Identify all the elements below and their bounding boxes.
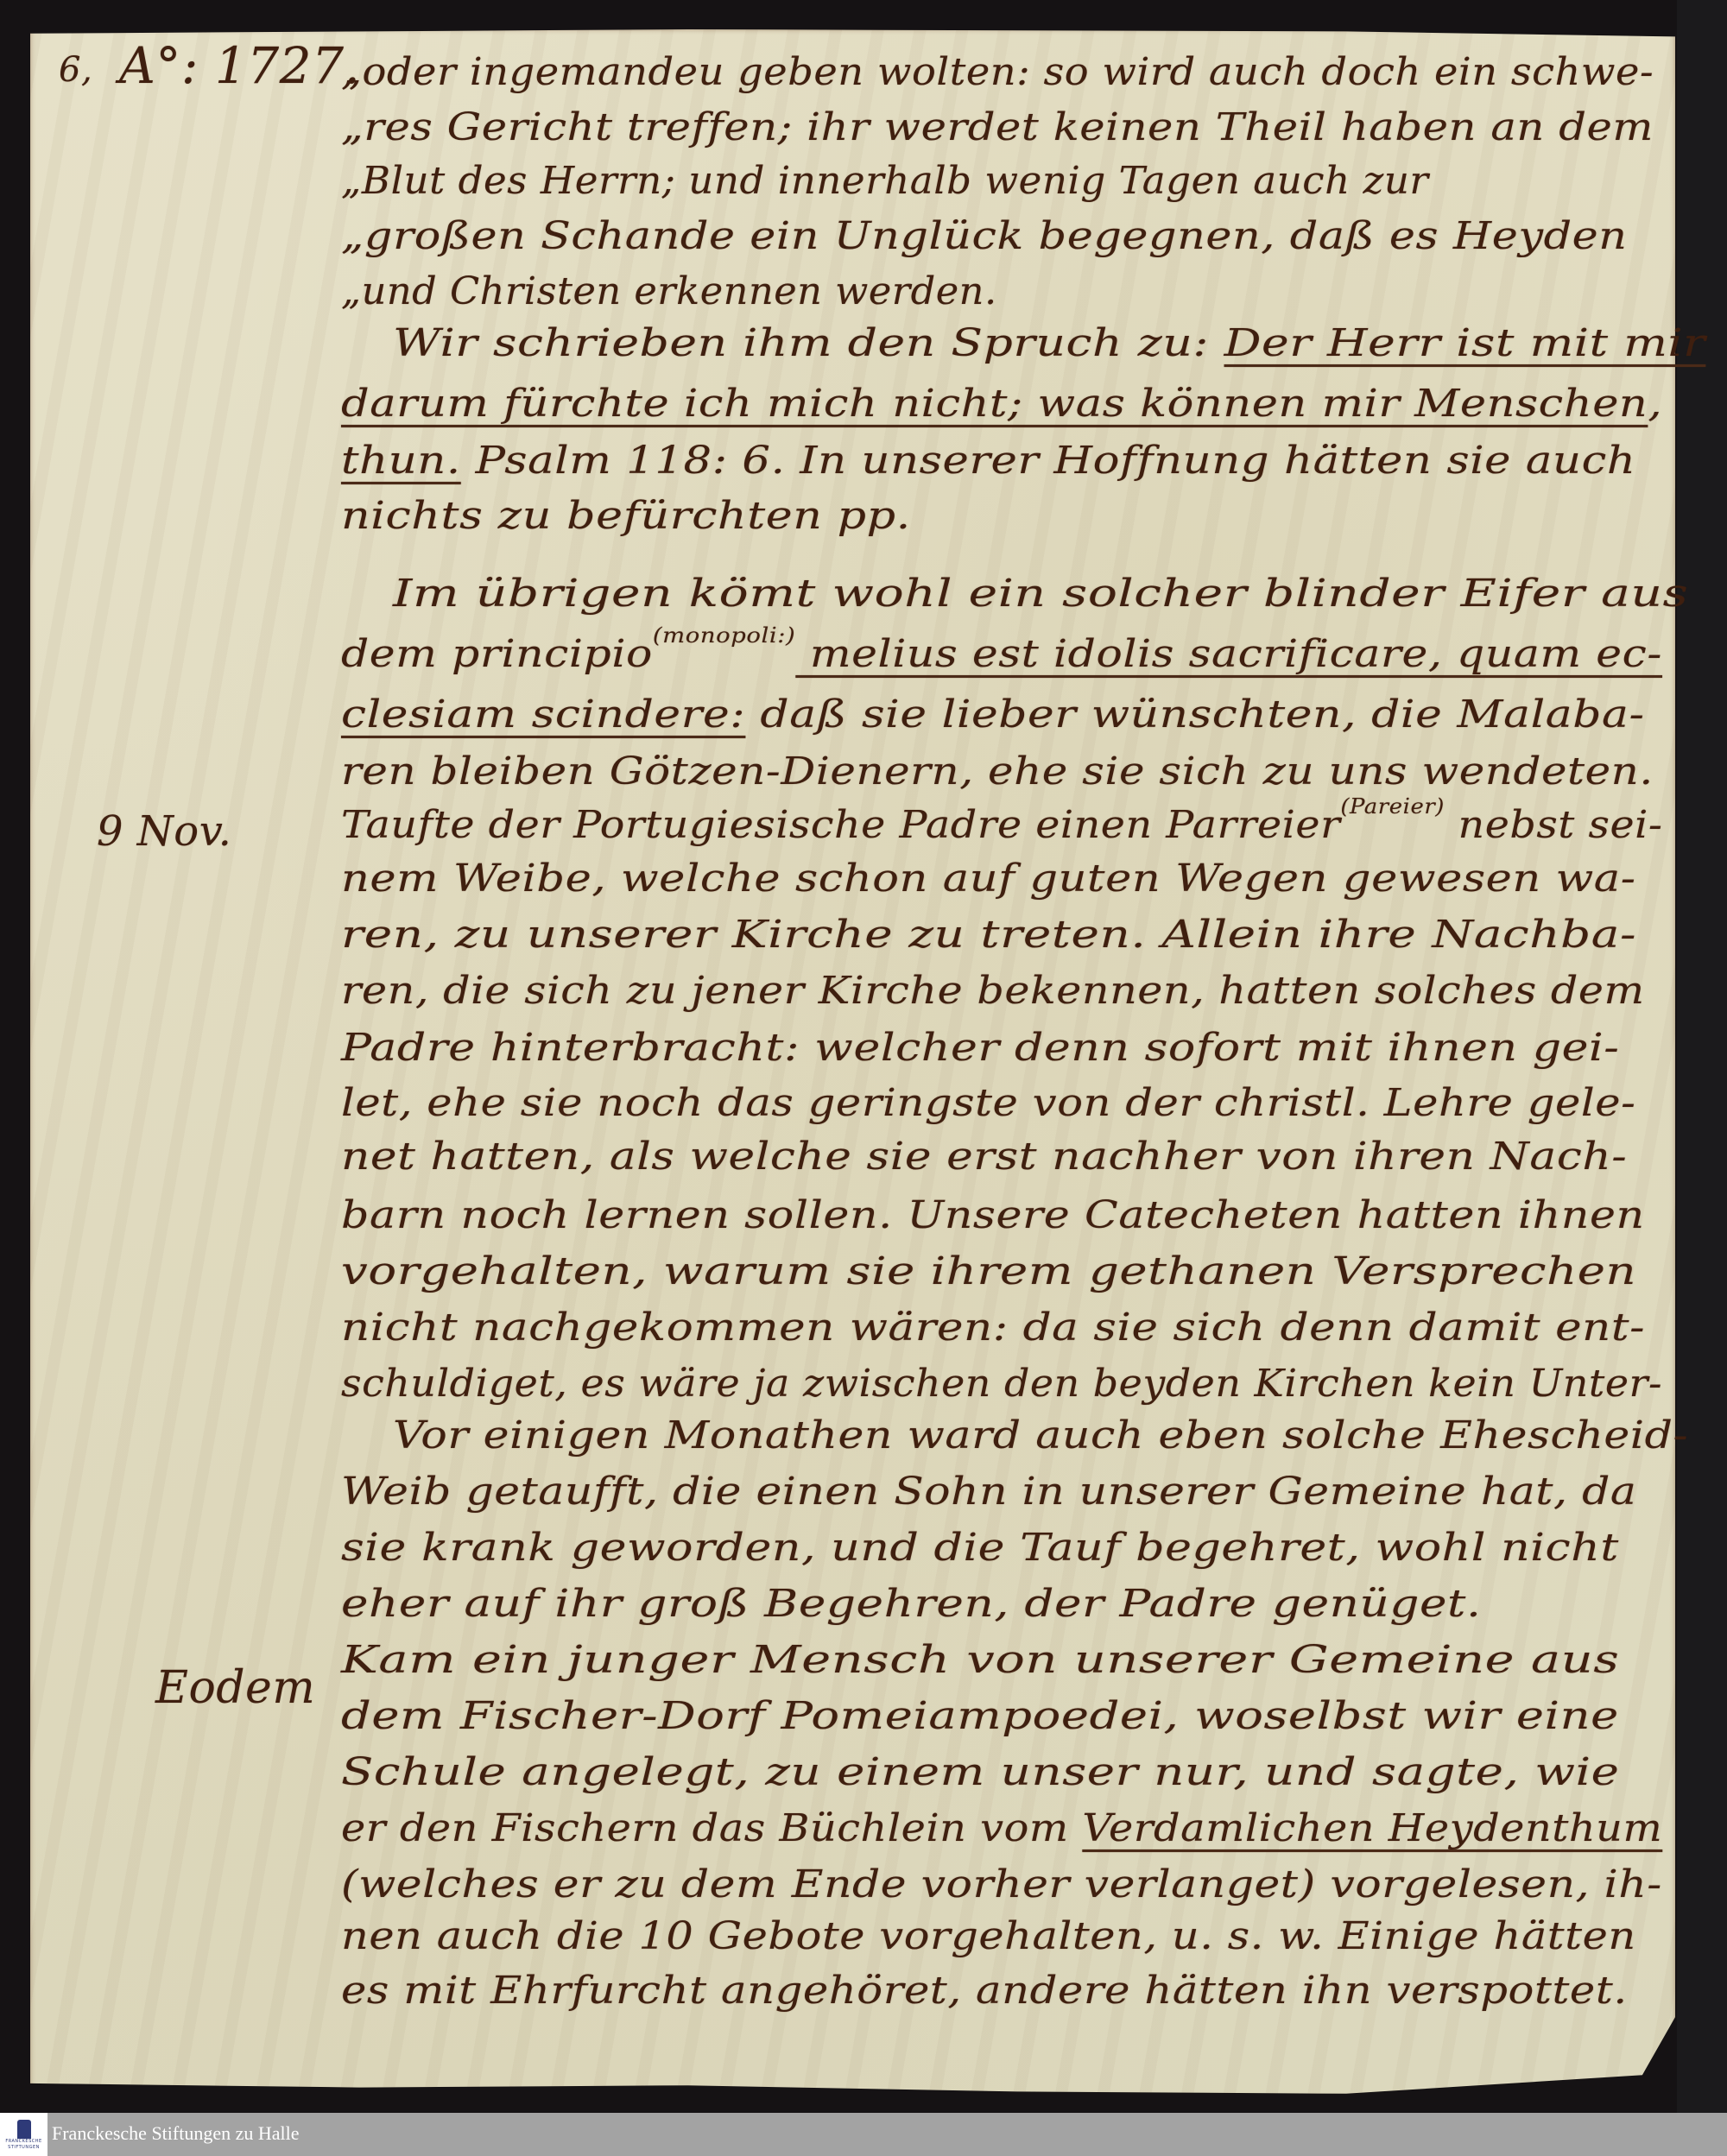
manuscript-line: Schule angelegt, zu einem unser nur, und… — [341, 1750, 1620, 1794]
line-text: ren, zu unserer Kirche zu treten. Allein… — [341, 913, 1636, 957]
logo-emblem-icon — [17, 2120, 31, 2139]
manuscript-line: Vor einigen Monathen ward auch eben solc… — [393, 1413, 1688, 1457]
interlinear-note: (monopoli:) — [653, 623, 795, 648]
line-text: barn noch lernen sollen. Unsere Catechet… — [341, 1193, 1645, 1237]
manuscript-line: nem Weibe, welche schon auf guten Wegen … — [341, 857, 1636, 901]
line-text: , — [1648, 382, 1662, 426]
line-text: Wir schrieben ihm den Spruch zu: — [393, 321, 1224, 365]
line-text: Psalm 118: 6. In unserer Hoffnung hätten… — [461, 439, 1636, 483]
folio-number: 6, — [59, 50, 92, 90]
line-text: „und Christen erkennen werden. — [341, 269, 997, 313]
underlined-text: clesiam scindere: — [341, 692, 745, 737]
manuscript-line: let, ehe sie noch das geringste von der … — [341, 1081, 1635, 1125]
line-text: nicht nachgekommen wären: da sie sich de… — [341, 1306, 1645, 1350]
line-text: vorgehalten, warum sie ihrem gethanen Ve… — [341, 1249, 1636, 1293]
line-text: eher auf ihr groß Begehren, der Padre ge… — [341, 1582, 1482, 1626]
line-text: „res Gericht treffen; ihr werdet keinen … — [341, 105, 1654, 149]
underlined-text: melius est idolis sacrificare, quam ec- — [795, 632, 1662, 676]
manuscript-line: Im übrigen kömt wohl ein solcher blinder… — [393, 572, 1688, 616]
manuscript-line: ren, zu unserer Kirche zu treten. Allein… — [341, 913, 1636, 957]
line-text: „großen Schande ein Unglück begegnen, da… — [341, 214, 1628, 258]
manuscript-line: nichts zu befürchten pp. — [341, 494, 911, 538]
line-text: Schule angelegt, zu einem unser nur, und… — [341, 1750, 1620, 1794]
line-text: „oder ingemandeu geben wolten: so wird a… — [341, 50, 1654, 94]
institution-name: Franckesche Stiftungen zu Halle — [52, 2122, 300, 2145]
line-text: daß sie lieber wünschten, die Malaba- — [745, 692, 1644, 737]
line-text: Padre hinterbracht: welcher denn sofort … — [341, 1026, 1619, 1070]
footer-bar: FRANCKESCHE STIFTUNGEN Franckesche Stift… — [0, 2113, 1727, 2156]
scan-background-strip — [1677, 0, 1727, 2113]
manuscript-line: Wir schrieben ihm den Spruch zu: Der Her… — [393, 321, 1705, 365]
line-text: Taufte der Portugiesische Padre einen Pa… — [341, 803, 1340, 847]
line-text: nebst sei- — [1445, 803, 1663, 847]
line-text: nichts zu befürchten pp. — [341, 494, 911, 538]
margin-note-date: 9 Nov. — [97, 807, 231, 856]
manuscript-line: clesiam scindere: daß sie lieber wünscht… — [341, 692, 1645, 737]
manuscript-line: ren bleiben Götzen-Dienern, ehe sie sich… — [341, 749, 1654, 793]
manuscript-line: dem Fischer-Dorf Pomeiampoedei, woselbst… — [341, 1694, 1619, 1738]
interlinear-note: (Pareier) — [1340, 794, 1445, 819]
underlined-text: thun. — [341, 439, 461, 483]
line-text: (welches er zu dem Ende vorher verlanget… — [341, 1862, 1662, 1906]
logo-text-line2: STIFTUNGEN — [8, 2145, 40, 2151]
line-text: Weib getaufft, die einen Sohn in unserer… — [341, 1470, 1636, 1514]
logo-text-line1: FRANCKESCHE — [5, 2139, 41, 2145]
line-text: let, ehe sie noch das geringste von der … — [341, 1081, 1635, 1125]
manuscript-line: Weib getaufft, die einen Sohn in unserer… — [341, 1470, 1636, 1514]
line-text: nem Weibe, welche schon auf guten Wegen … — [341, 857, 1636, 901]
line-text: ren bleiben Götzen-Dienern, ehe sie sich… — [341, 749, 1654, 793]
line-text: es mit Ehrfurcht angehöret, andere hätte… — [341, 1969, 1628, 2013]
line-text: Vor einigen Monathen ward auch eben solc… — [393, 1413, 1688, 1457]
line-text: er den Fischern das Büchlein vom — [341, 1806, 1082, 1850]
manuscript-line: „Blut des Herrn; und innerhalb wenig Tag… — [341, 159, 1429, 203]
underlined-text: Verdamlichen Heydenthum — [1082, 1806, 1662, 1850]
line-text: Kam ein junger Mensch von unserer Gemein… — [341, 1638, 1619, 1682]
line-text: „Blut des Herrn; und innerhalb wenig Tag… — [341, 159, 1429, 203]
manuscript-line: eher auf ihr groß Begehren, der Padre ge… — [341, 1582, 1482, 1626]
line-text: dem principio — [341, 632, 653, 676]
line-text: net hatten, als welche sie erst nachher … — [341, 1135, 1627, 1179]
manuscript-line: nicht nachgekommen wären: da sie sich de… — [341, 1306, 1645, 1350]
institution-logo: FRANCKESCHE STIFTUNGEN — [0, 2113, 47, 2156]
manuscript-line: barn noch lernen sollen. Unsere Catechet… — [341, 1193, 1645, 1237]
line-text: nen auch die 10 Gebote vorgehalten, u. s… — [341, 1914, 1636, 1958]
manuscript-line: thun. Psalm 118: 6. In unserer Hoffnung … — [341, 439, 1635, 483]
manuscript-line: Kam ein junger Mensch von unserer Gemein… — [341, 1638, 1619, 1682]
manuscript-line: vorgehalten, warum sie ihrem gethanen Ve… — [341, 1249, 1636, 1293]
manuscript-line: „oder ingemandeu geben wolten: so wird a… — [341, 50, 1654, 94]
manuscript-line: „res Gericht treffen; ihr werdet keinen … — [341, 105, 1654, 149]
underlined-text: Der Herr ist mit mir — [1224, 321, 1706, 365]
line-text: dem Fischer-Dorf Pomeiampoedei, woselbst… — [341, 1694, 1619, 1738]
manuscript-line: Taufte der Portugiesische Padre einen Pa… — [341, 803, 1662, 847]
manuscript-line: sie krank geworden, und die Tauf begehre… — [341, 1526, 1619, 1570]
line-text: schuldiget, es wäre ja zwischen den beyd… — [341, 1362, 1662, 1406]
manuscript-line: dem principio(monopoli:) melius est idol… — [341, 632, 1662, 676]
line-text: sie krank geworden, und die Tauf begehre… — [341, 1526, 1619, 1570]
manuscript-line: (welches er zu dem Ende vorher verlanget… — [341, 1862, 1662, 1906]
manuscript-line: schuldiget, es wäre ja zwischen den beyd… — [341, 1362, 1662, 1406]
manuscript-line: ren, die sich zu jener Kirche bekennen, … — [341, 969, 1645, 1013]
manuscript-line: darum fürchte ich mich nicht; was können… — [341, 382, 1662, 426]
manuscript-line: net hatten, als welche sie erst nachher … — [341, 1135, 1627, 1179]
line-text: ren, die sich zu jener Kirche bekennen, … — [341, 969, 1645, 1013]
margin-note-eodem: Eodem — [155, 1662, 315, 1714]
manuscript-line: „großen Schande ein Unglück begegnen, da… — [341, 214, 1628, 258]
underlined-text: darum fürchte ich mich nicht; was können… — [341, 382, 1648, 426]
manuscript-line: es mit Ehrfurcht angehöret, andere hätte… — [341, 1969, 1628, 2013]
manuscript-line: „und Christen erkennen werden. — [341, 269, 997, 313]
manuscript-line: Padre hinterbracht: welcher denn sofort … — [341, 1026, 1619, 1070]
year-heading: A°: 1727. — [119, 36, 360, 95]
manuscript-line: er den Fischern das Büchlein vom Verdaml… — [341, 1806, 1662, 1850]
line-text: Im übrigen kömt wohl ein solcher blinder… — [393, 572, 1688, 616]
manuscript-line: nen auch die 10 Gebote vorgehalten, u. s… — [341, 1914, 1636, 1958]
